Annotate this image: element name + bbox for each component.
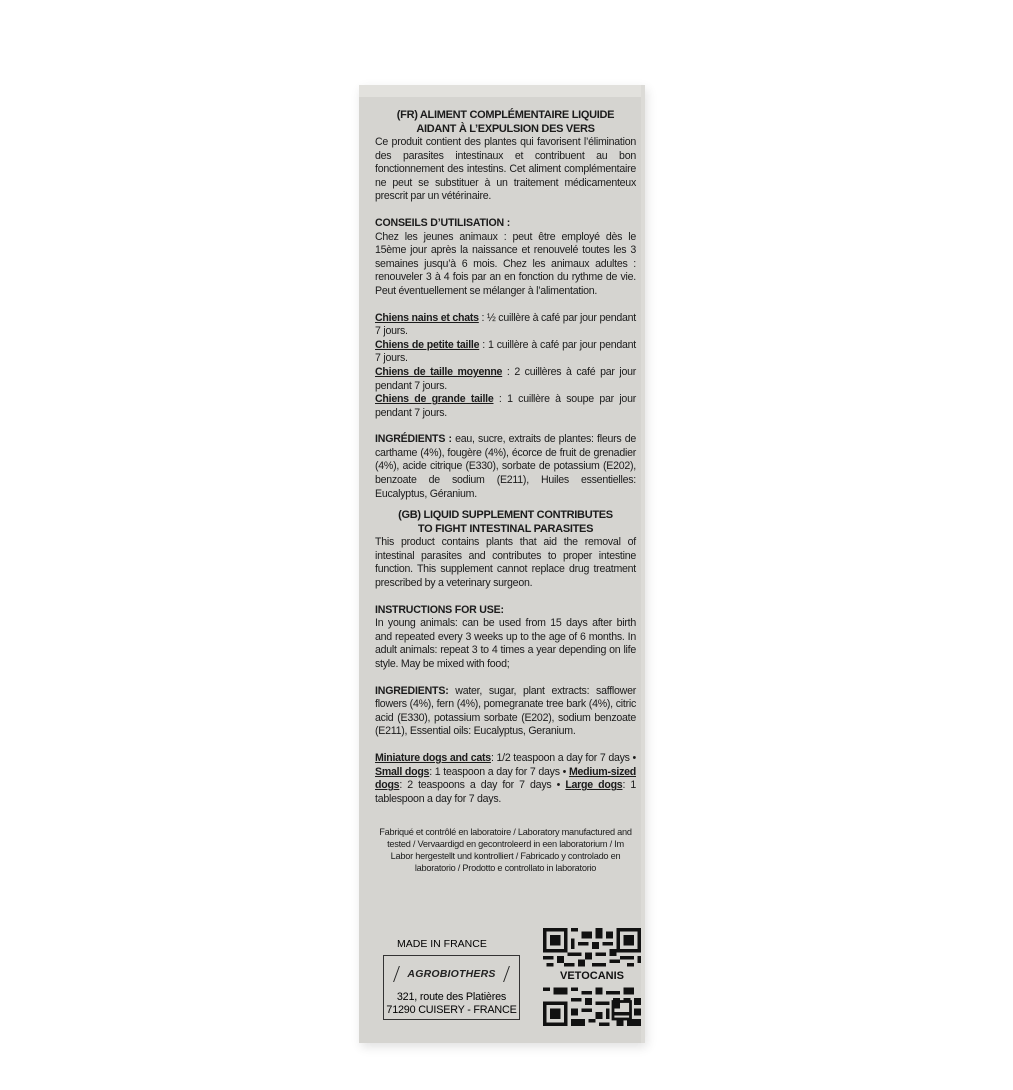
box-top-edge (359, 85, 645, 97)
fr-usage-text: Chez les jeunes animaux : peut être empl… (375, 231, 636, 299)
box-right-edge (641, 85, 645, 1043)
fr-title: (FR) ALIMENT COMPLÉMENTAIRE LIQUIDE AIDA… (375, 109, 636, 136)
gb-usage-heading: INSTRUCTIONS FOR USE: (375, 604, 636, 618)
dosage-label: Chiens de grande taille (375, 393, 493, 405)
fr-ingredients: INGRÉDIENTS : eau, sucre, extraits de pl… (375, 433, 636, 501)
gb-usage-text: In young animals: can be used from 15 da… (375, 617, 636, 671)
made-in-label: MADE IN FRANCE (397, 938, 487, 950)
manufacturer-box: AGROBIOTHERS 321, route des Platières 71… (383, 955, 520, 1020)
fr-dosage-2: Chiens de taille moyenne : 2 cuillères à… (375, 366, 636, 393)
fr-intro: Ce produit contient des plantes qui favo… (375, 136, 636, 204)
lab-notice: Fabriqué et contrôlé en laboratoire / La… (375, 826, 636, 874)
address: 321, route des Platières 71290 CUISERY -… (384, 991, 519, 1017)
fr-title-line1: (FR) ALIMENT COMPLÉMENTAIRE LIQUIDE (375, 109, 636, 123)
fr-ingredients-heading: INGRÉDIENTS : (375, 433, 452, 445)
footer: MADE IN FRANCE AGROBIOTHERS 321, route d… (375, 928, 637, 1028)
product-box-side-panel: (FR) ALIMENT COMPLÉMENTAIRE LIQUIDE AIDA… (359, 85, 645, 1043)
fr-dosage-0: Chiens nains et chats : ½ cuillère à caf… (375, 312, 636, 339)
address-line1: 321, route des Platières (384, 991, 519, 1004)
dosage-label: Large dogs (565, 779, 622, 791)
dosage-label: Chiens de petite taille (375, 339, 479, 351)
gb-ingredients-heading: INGREDIENTS: (375, 685, 449, 697)
dosage-text: : 2 teaspoons a day for 7 days • (399, 779, 565, 791)
dosage-label: Miniature dogs and cats (375, 752, 491, 764)
dosage-label: Small dogs (375, 766, 429, 778)
qr-brand-label: VETOCANIS (547, 969, 637, 984)
dosage-label: Chiens nains et chats (375, 312, 479, 324)
fr-usage-heading: CONSEILS D’UTILISATION : (375, 217, 636, 231)
gb-title-line1: (GB) LIQUID SUPPLEMENT CONTRIBUTES (375, 509, 636, 523)
fr-dosage-1: Chiens de petite taille : 1 cuillère à c… (375, 339, 636, 366)
fr-dosage-3: Chiens de grande taille : 1 cuillère à s… (375, 393, 636, 420)
address-line2: 71290 CUISERY - FRANCE (384, 1004, 519, 1017)
qr-code[interactable]: VETOCANIS (543, 928, 641, 1026)
gb-title-line2: TO FIGHT INTESTINAL PARASITES (375, 523, 636, 537)
gb-dosages: Miniature dogs and cats: 1/2 teaspoon a … (375, 752, 636, 806)
gb-title: (GB) LIQUID SUPPLEMENT CONTRIBUTES TO FI… (375, 509, 636, 536)
gb-ingredients: INGREDIENTS: water, sugar, plant extract… (375, 685, 636, 739)
fr-title-line2: AIDANT À L’EXPULSION DES VERS (375, 123, 636, 137)
brand-logo: AGROBIOTHERS (394, 964, 509, 984)
label-text: (FR) ALIMENT COMPLÉMENTAIRE LIQUIDE AIDA… (375, 109, 636, 874)
dosage-text: : 1/2 teaspoon a day for 7 days • (491, 752, 636, 764)
gb-intro: This product contains plants that aid th… (375, 536, 636, 590)
dosage-text: : 1 teaspoon a day for 7 days • (429, 766, 569, 778)
dosage-label: Chiens de taille moyenne (375, 366, 502, 378)
